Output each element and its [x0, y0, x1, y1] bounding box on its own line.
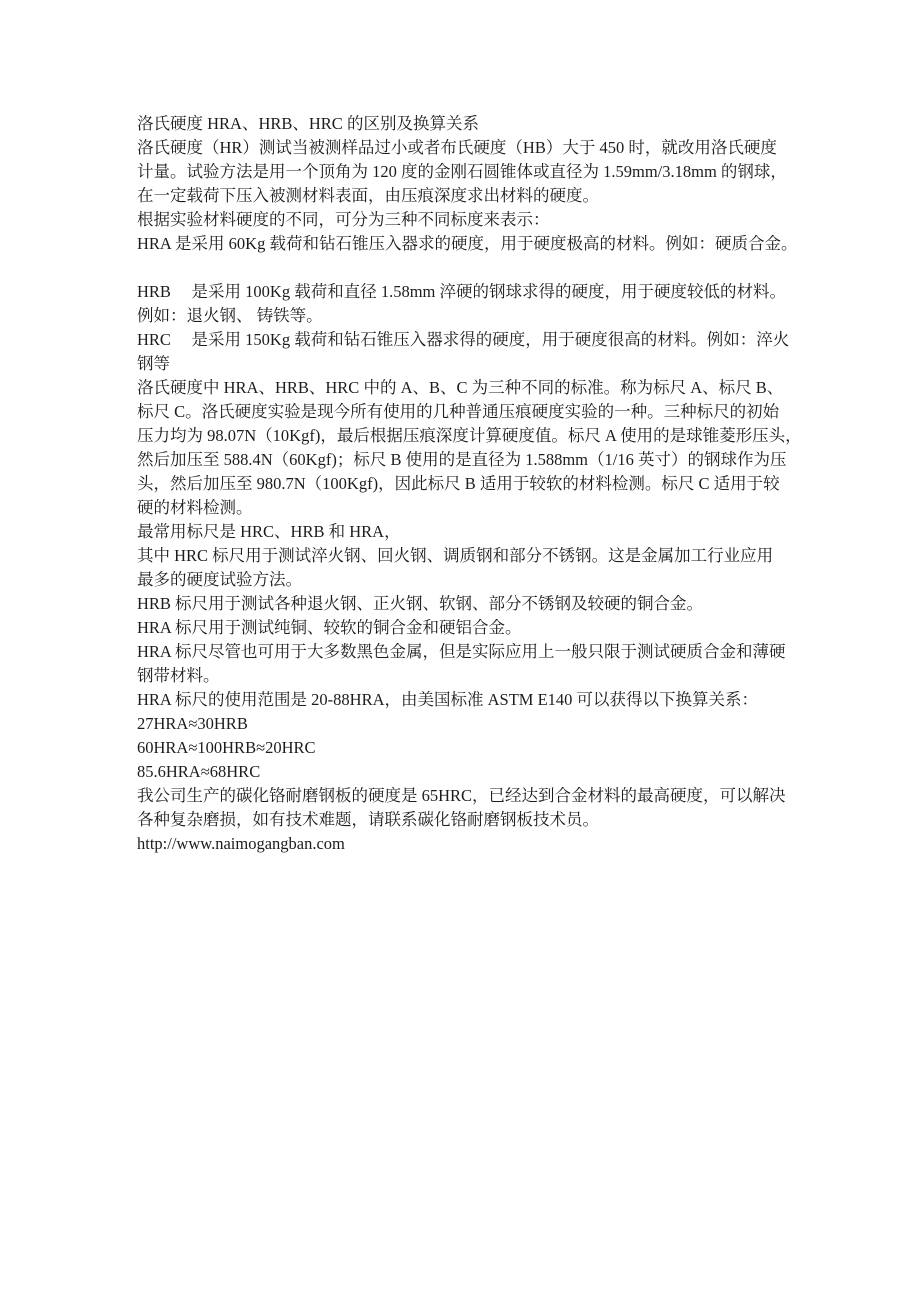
text-line-hrc-definition: HRC 是采用 150Kg 载荷和钻石锥压入器求得的硬度，用于硬度很高的材料。例…	[137, 328, 805, 352]
document-body: 洛氏硬度 HRA、HRB、HRC 的区别及换算关系 洛氏硬度（HR）测试当被测样…	[137, 112, 805, 856]
text-line: 标尺 C。洛氏硬度实验是现今所有使用的几种普通压痕硬度实验的一种。三种标尺的初始	[137, 400, 805, 424]
website-url: http://www.naimogangban.com	[137, 832, 805, 856]
text-line: 计量。试验方法是用一个顶角为 120 度的金刚石圆锥体或直径为 1.59mm/3…	[137, 160, 805, 184]
text-line: 最常用标尺是 HRC、HRB 和 HRA，	[137, 520, 805, 544]
text-line: HRA 标尺尽管也可用于大多数黑色金属，但是实际应用上一般只限于测试硬质合金和薄…	[137, 640, 805, 664]
document-page: 洛氏硬度 HRA、HRB、HRC 的区别及换算关系 洛氏硬度（HR）测试当被测样…	[0, 0, 920, 1302]
text-line: 我公司生产的碳化铬耐磨钢板的硬度是 65HRC，已经达到合金材料的最高硬度，可以…	[137, 784, 805, 808]
text-line: 例如：退火钢、 铸铁等。	[137, 304, 805, 328]
text-line: 各种复杂磨损，如有技术难题，请联系碳化铬耐磨钢板技术员。	[137, 808, 805, 832]
text-line-hra-definition: HRA 是采用 60Kg 载荷和钻石锥压入器求的硬度，用于硬度极高的材料。例如：…	[137, 232, 805, 256]
text-line: HRA 标尺用于测试纯铜、较软的铜合金和硬铝合金。	[137, 616, 805, 640]
text-line: 最多的硬度试验方法。	[137, 568, 805, 592]
conversion-line: 85.6HRA≈68HRC	[137, 760, 805, 784]
text-line: 头，然后加压至 980.7N（100Kgf)，因此标尺 B 适用于较软的材料检测…	[137, 472, 805, 496]
text-line: 洛氏硬度中 HRA、HRB、HRC 中的 A、B、C 为三种不同的标准。称为标尺…	[137, 376, 805, 400]
conversion-line: 27HRA≈30HRB	[137, 712, 805, 736]
text-line: 钢等	[137, 352, 805, 376]
text-line: 钢带材料。	[137, 664, 805, 688]
text-line: 根据实验材料硬度的不同，可分为三种不同标度来表示：	[137, 208, 805, 232]
text-line: 然后加压至 588.4N（60Kgf)；标尺 B 使用的是直径为 1.588mm…	[137, 448, 805, 472]
conversion-line: 60HRA≈100HRB≈20HRC	[137, 736, 805, 760]
text-line-hrb-definition: HRB 是采用 100Kg 载荷和直径 1.58mm 淬硬的钢球求得的硬度，用于…	[137, 280, 805, 304]
text-line: HRA 标尺的使用范围是 20-88HRA，由美国标准 ASTM E140 可以…	[137, 688, 805, 712]
text-line: 硬的材料检测。	[137, 496, 805, 520]
text-line: HRB 标尺用于测试各种退火钢、正火钢、软钢、部分不锈钢及较硬的铜合金。	[137, 592, 805, 616]
text-line: 其中 HRC 标尺用于测试淬火钢、回火钢、调质钢和部分不锈钢。这是金属加工行业应…	[137, 544, 805, 568]
blank-line	[137, 256, 805, 280]
text-line: 在一定载荷下压入被测材料表面，由压痕深度求出材料的硬度。	[137, 184, 805, 208]
text-line: 压力均为 98.07N（10Kgf)，最后根据压痕深度计算硬度值。标尺 A 使用…	[137, 424, 805, 448]
document-title: 洛氏硬度 HRA、HRB、HRC 的区别及换算关系	[137, 112, 805, 136]
text-line: 洛氏硬度（HR）测试当被测样品过小或者布氏硬度（HB）大于 450 时，就改用洛…	[137, 136, 805, 160]
